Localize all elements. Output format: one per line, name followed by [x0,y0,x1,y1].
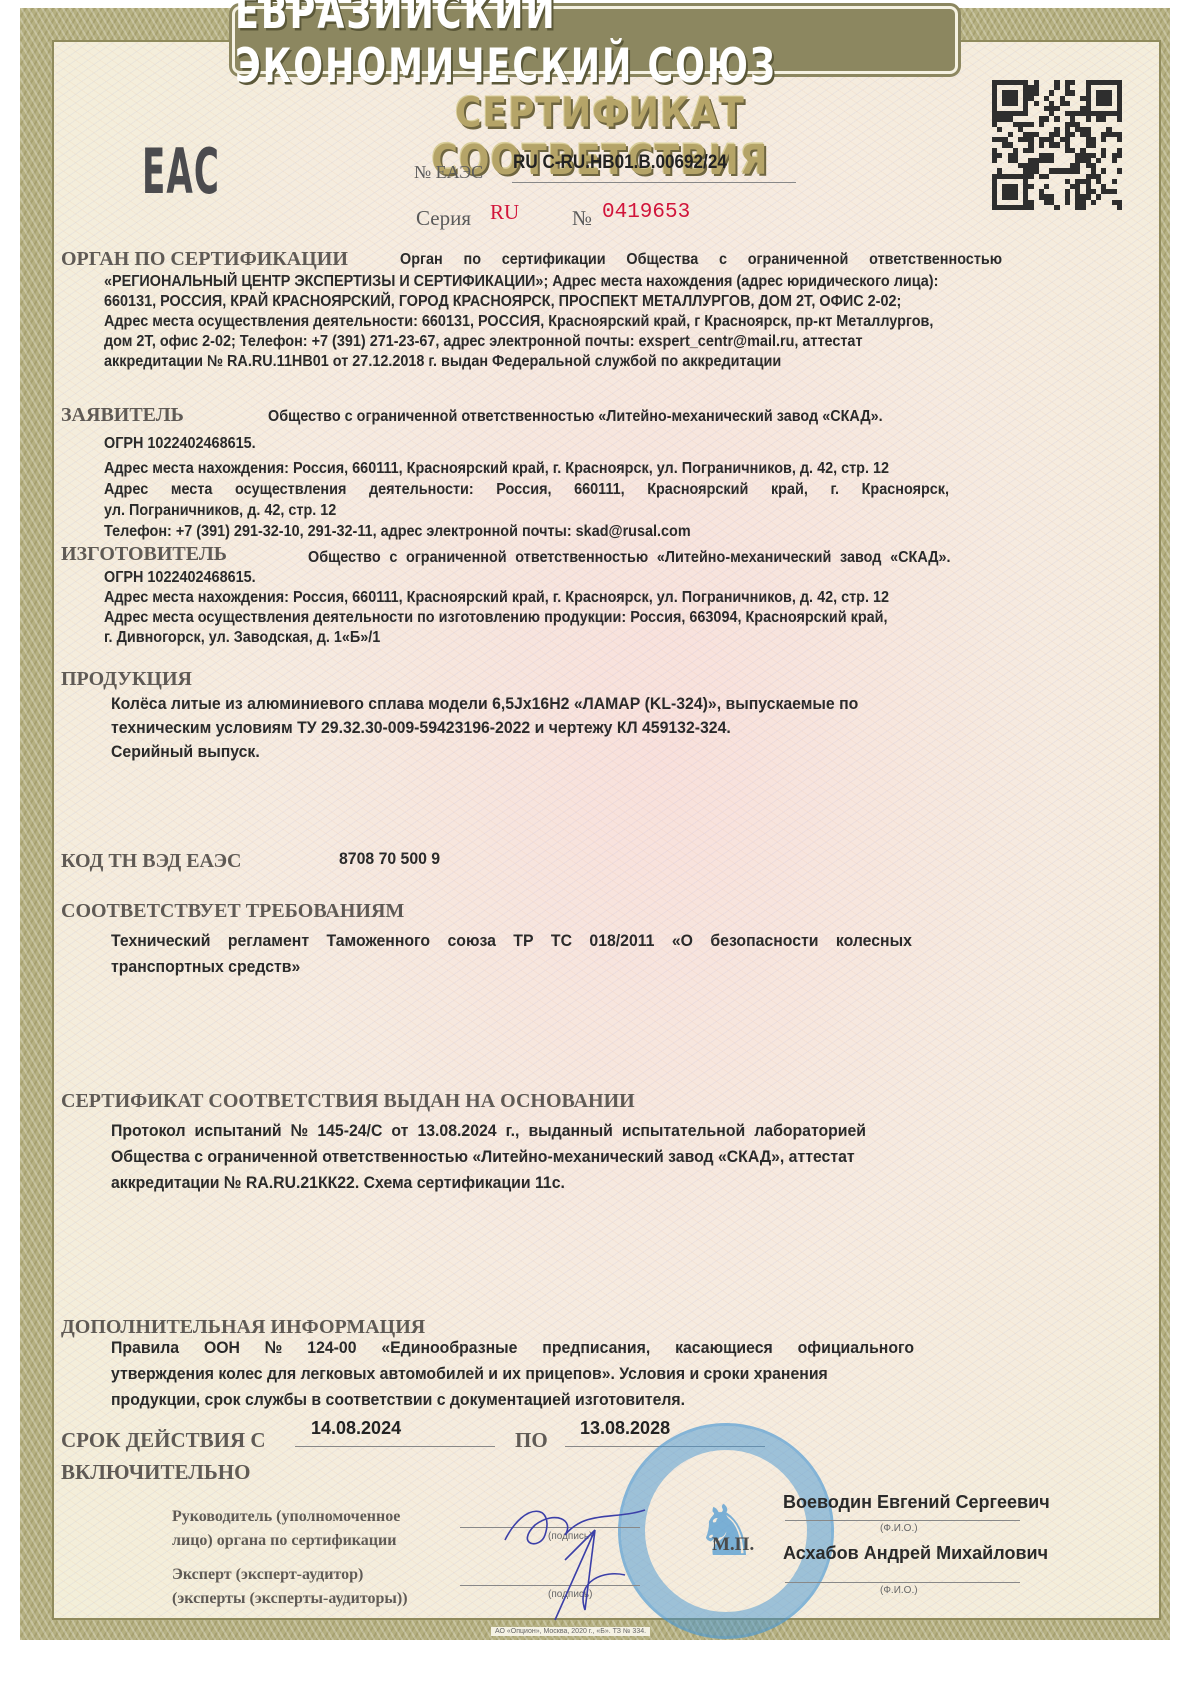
product-heading: ПРОДУКЦИЯ [61,668,192,691]
validity-to-label: ПО [515,1428,548,1453]
blank-number: 0419653 [602,201,690,224]
expert-name: Асхабов Андрей Михайлович [783,1543,1048,1564]
certificate-number: RU C-RU.HB01.B.00692/24 [513,152,727,174]
validity-from-date: 14.08.2024 [311,1418,401,1439]
applicant-details: ОГРН 1022402468615. Адрес места нахожден… [104,433,1159,542]
union-banner-text: ЕВРАЗИЙСКИЙ ЭКОНОМИЧЕСКИЙ СОЮЗ [235,0,955,94]
certification-body-heading: ОРГАН ПО СЕРТИФИКАЦИИ [61,248,348,271]
series-label: Серия [416,206,471,231]
basis-text: Протокол испытаний № 145-24/С от 13.08.2… [111,1118,1166,1196]
certification-body-line-0: Орган по сертификации Общества с огранич… [400,250,1077,270]
applicant-name: Общество с ограниченной ответственностью… [268,407,883,427]
head-signature-label: Руководитель (уполномоченное лицо) орган… [172,1505,400,1553]
expert-name-line [785,1582,1020,1583]
requirements-text: Технический регламент Таможенного союза … [111,928,1166,980]
validity-inclusive-label: ВКЛЮЧИТЕЛЬНО [61,1460,250,1485]
seal-label: М.П. [712,1534,754,1556]
product-description: Колёса литые из алюминиевого сплава моде… [111,692,1166,764]
certification-body-text: «РЕГИОНАЛЬНЫЙ ЦЕНТР ЭКСПЕРТИЗЫ И СЕРТИФИ… [104,272,1159,372]
manufacturer-name: Общество с ограниченной ответственностью… [308,548,951,568]
requirements-heading: СООТВЕТСТВУЕТ ТРЕБОВАНИЯМ [61,900,404,923]
hs-code-heading: КОД ТН ВЭД ЕАЭС [61,850,242,873]
hs-code-value: 8708 70 500 9 [339,849,440,869]
validity-from-label: СРОК ДЕЙСТВИЯ С [61,1428,266,1453]
qr-code-icon [992,80,1122,210]
head-fio-caption: (Ф.И.О.) [880,1523,918,1534]
from-date-underline [295,1446,495,1447]
head-name: Воеводин Евгений Сергеевич [783,1492,1050,1513]
blank-number-label: № [572,206,592,231]
applicant-heading: ЗАЯВИТЕЛЬ [61,404,184,427]
printer-imprint: АО «Опцион», Москва, 2020 г., «Б». ТЗ № … [491,1627,650,1636]
number-label: № ЕАЭС [414,162,483,183]
signature-icon [495,1480,695,1630]
manufacturer-heading: ИЗГОТОВИТЕЛЬ [61,543,227,566]
head-name-line [785,1520,1020,1521]
basis-heading: СЕРТИФИКАТ СООТВЕТСТВИЯ ВЫДАН НА ОСНОВАН… [61,1090,635,1113]
series-value: RU [490,200,519,225]
expert-signature-label: Эксперт (эксперт-аудитор) (эксперты (экс… [172,1563,408,1611]
number-underline [512,182,796,183]
eac-mark-icon: EAC [142,135,220,208]
expert-fio-caption: (Ф.И.О.) [880,1585,918,1596]
additional-info-text: Правила ООН № 124-00 «Единообразные пред… [111,1335,1166,1413]
manufacturer-details: ОГРН 1022402468615. Адрес места нахожден… [104,568,1159,648]
validity-to-date: 13.08.2028 [580,1418,670,1439]
union-banner: ЕВРАЗИЙСКИЙ ЭКОНОМИЧЕСКИЙ СОЮЗ [232,6,958,74]
